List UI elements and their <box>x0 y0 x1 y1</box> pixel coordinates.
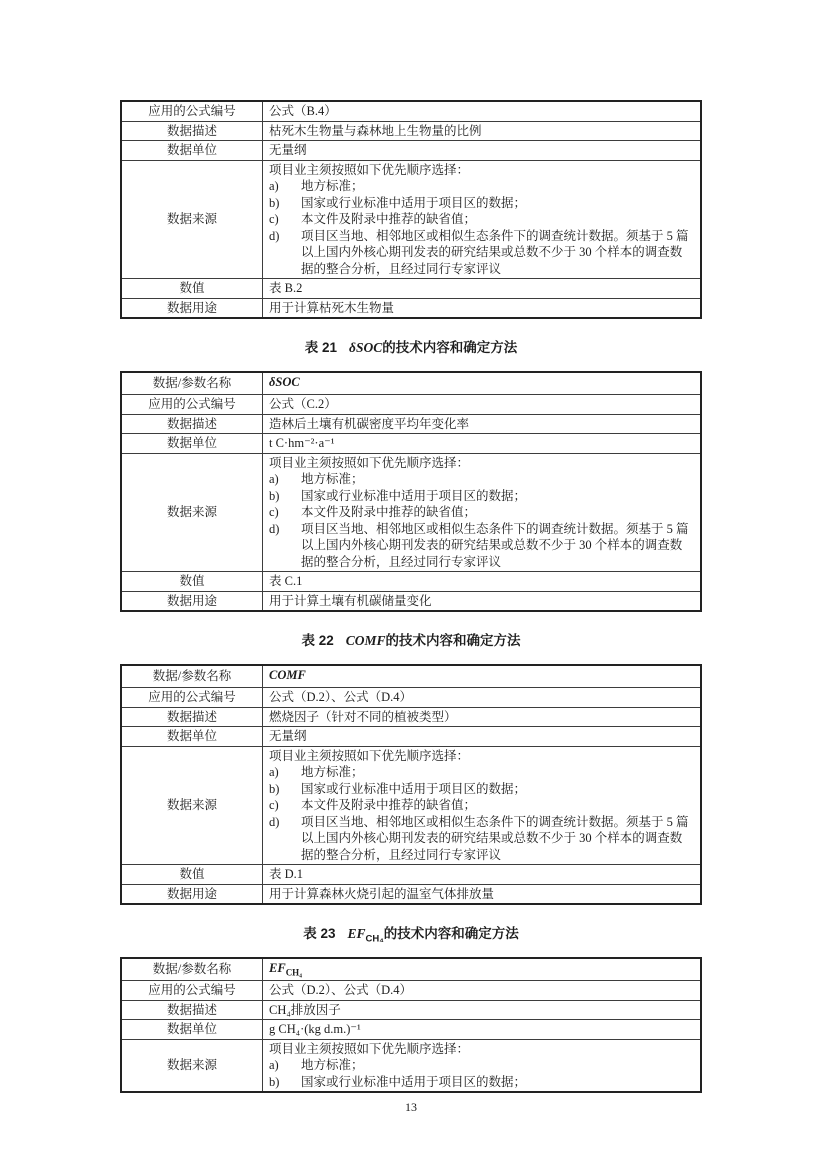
row-value: CH₄排放因子 <box>263 1000 702 1020</box>
item-marker: a) <box>269 178 301 195</box>
source-item: a)地方标准； <box>269 764 694 781</box>
table-row: 应用的公式编号 公式（D.2）、公式（D.4） <box>121 688 701 708</box>
source-item: d)项目区当地、相邻地区或相似生态条件下的调查统计数据。须基于 5 篇以上国内外… <box>269 228 694 278</box>
table-row: 数据描述 枯死木生物量与森林地上生物量的比例 <box>121 121 701 141</box>
param-table-22-comf: 数据/参数名称 COMF 应用的公式编号 公式（D.2）、公式（D.4） 数据描… <box>120 664 702 905</box>
row-label: 数值 <box>121 279 263 299</box>
row-label: 数据来源 <box>121 453 263 572</box>
source-item: c)本文件及附录中推荐的缺省值； <box>269 797 694 814</box>
source-intro: 项目业主须按照如下优先顺序选择： <box>269 455 694 472</box>
param-table-23-efch4: 数据/参数名称 EFCH₄ 应用的公式编号 公式（D.2）、公式（D.4） 数据… <box>120 957 702 1093</box>
row-value: 用于计算森林火烧引起的温室气体排放量 <box>263 884 702 904</box>
row-label: 数据用途 <box>121 298 263 318</box>
item-marker: d) <box>269 521 301 571</box>
table-row: 数据/参数名称 EFCH₄ <box>121 958 701 981</box>
item-text: 项目区当地、相邻地区或相似生态条件下的调查统计数据。须基于 5 篇以上国内外核心… <box>301 228 694 278</box>
row-label: 数据描述 <box>121 1000 263 1020</box>
row-value: 燃烧因子（针对不同的植被类型） <box>263 707 702 727</box>
item-text: 项目区当地、相邻地区或相似生态条件下的调查统计数据。须基于 5 篇以上国内外核心… <box>301 814 694 864</box>
row-value: t C·hm⁻²·a⁻¹ <box>263 434 702 454</box>
row-label: 数据用途 <box>121 591 263 611</box>
table-row: 数值 表 B.2 <box>121 279 701 299</box>
row-label: 数据/参数名称 <box>121 372 263 395</box>
title-param-sub: CH₄ <box>366 934 384 945</box>
table-row-data-source: 数据来源 项目业主须按照如下优先顺序选择： a)地方标准； b)国家或行业标准中… <box>121 1039 701 1092</box>
item-text: 国家或行业标准中适用于项目区的数据； <box>301 781 694 798</box>
source-item: b)国家或行业标准中适用于项目区的数据； <box>269 488 694 505</box>
table-row: 应用的公式编号 公式（B.4） <box>121 101 701 121</box>
row-label: 数据单位 <box>121 434 263 454</box>
item-marker: c) <box>269 504 301 521</box>
source-item: a)地方标准； <box>269 471 694 488</box>
item-marker: c) <box>269 211 301 228</box>
table-21-title: 表 21δSOC的技术内容和确定方法 <box>120 339 702 362</box>
table-23-title: 表 23EFCH₄的技术内容和确定方法 <box>120 925 702 948</box>
data-source-cell: 项目业主须按照如下优先顺序选择： a)地方标准； b)国家或行业标准中适用于项目… <box>263 160 702 279</box>
row-label: 数据来源 <box>121 746 263 865</box>
item-text: 项目区当地、相邻地区或相似生态条件下的调查统计数据。须基于 5 篇以上国内外核心… <box>301 521 694 571</box>
item-text: 国家或行业标准中适用于项目区的数据； <box>301 195 694 212</box>
source-intro: 项目业主须按照如下优先顺序选择： <box>269 748 694 765</box>
table-row-data-source: 数据来源 项目业主须按照如下优先顺序选择： a)地方标准； b)国家或行业标准中… <box>121 746 701 865</box>
param-name: δSOC <box>269 375 300 389</box>
item-marker: a) <box>269 1057 301 1074</box>
item-text: 本文件及附录中推荐的缺省值； <box>301 797 694 814</box>
row-label: 数值 <box>121 572 263 592</box>
row-label: 数据描述 <box>121 121 263 141</box>
title-suffix: 的技术内容和确定方法 <box>382 340 517 355</box>
param-table-continued: 应用的公式编号 公式（B.4） 数据描述 枯死木生物量与森林地上生物量的比例 数… <box>120 100 702 319</box>
param-name: COMF <box>269 668 306 682</box>
title-param: EF <box>348 926 366 941</box>
row-value: g CH₄·(kg d.m.)⁻¹ <box>263 1020 702 1040</box>
source-item: c)本文件及附录中推荐的缺省值； <box>269 504 694 521</box>
row-value: 造林后土壤有机碳密度平均年变化率 <box>263 414 702 434</box>
row-label: 数据描述 <box>121 707 263 727</box>
row-value: 表 D.1 <box>263 865 702 885</box>
table-row: 数据描述 造林后土壤有机碳密度平均年变化率 <box>121 414 701 434</box>
row-label: 数据单位 <box>121 1020 263 1040</box>
row-label: 应用的公式编号 <box>121 981 263 1001</box>
row-label: 数值 <box>121 865 263 885</box>
table-row-data-source: 数据来源 项目业主须按照如下优先顺序选择： a)地方标准； b)国家或行业标准中… <box>121 453 701 572</box>
page-content: 应用的公式编号 公式（B.4） 数据描述 枯死木生物量与森林地上生物量的比例 数… <box>120 100 702 1115</box>
page-number: 13 <box>120 1100 702 1115</box>
table-row: 数据用途 用于计算森林火烧引起的温室气体排放量 <box>121 884 701 904</box>
table-22-title: 表 22COMF的技术内容和确定方法 <box>120 632 702 655</box>
data-source-cell: 项目业主须按照如下优先顺序选择： a)地方标准； b)国家或行业标准中适用于项目… <box>263 1039 702 1092</box>
row-value: 无量纲 <box>263 727 702 747</box>
row-label: 数据描述 <box>121 414 263 434</box>
param-name-sub: CH₄ <box>286 967 302 977</box>
item-marker: b) <box>269 195 301 212</box>
row-label: 数据来源 <box>121 1039 263 1092</box>
table-row: 应用的公式编号 公式（D.2）、公式（D.4） <box>121 981 701 1001</box>
param-name-cell: COMF <box>263 665 702 688</box>
table-row: 数据/参数名称 COMF <box>121 665 701 688</box>
row-value: 公式（B.4） <box>263 101 702 121</box>
row-label: 数据单位 <box>121 141 263 161</box>
table-row: 数据描述 CH₄排放因子 <box>121 1000 701 1020</box>
row-value: 枯死木生物量与森林地上生物量的比例 <box>263 121 702 141</box>
data-source-cell: 项目业主须按照如下优先顺序选择： a)地方标准； b)国家或行业标准中适用于项目… <box>263 746 702 865</box>
source-item: b)国家或行业标准中适用于项目区的数据； <box>269 1074 694 1091</box>
table-row: 数据单位 无量纲 <box>121 727 701 747</box>
table-row: 数据描述 燃烧因子（针对不同的植被类型） <box>121 707 701 727</box>
row-label: 数据/参数名称 <box>121 665 263 688</box>
item-text: 地方标准； <box>301 178 694 195</box>
source-item: d)项目区当地、相邻地区或相似生态条件下的调查统计数据。须基于 5 篇以上国内外… <box>269 521 694 571</box>
source-item: c)本文件及附录中推荐的缺省值； <box>269 211 694 228</box>
item-marker: d) <box>269 814 301 864</box>
param-name: EF <box>269 961 286 975</box>
item-marker: b) <box>269 488 301 505</box>
source-item: d)项目区当地、相邻地区或相似生态条件下的调查统计数据。须基于 5 篇以上国内外… <box>269 814 694 864</box>
item-text: 地方标准； <box>301 1057 694 1074</box>
item-marker: c) <box>269 797 301 814</box>
item-marker: b) <box>269 781 301 798</box>
source-item: b)国家或行业标准中适用于项目区的数据； <box>269 781 694 798</box>
title-prefix: 表 21 <box>305 340 337 355</box>
source-intro: 项目业主须按照如下优先顺序选择： <box>269 1041 694 1058</box>
table-row: 数据单位 t C·hm⁻²·a⁻¹ <box>121 434 701 454</box>
row-value: 用于计算土壤有机碳储量变化 <box>263 591 702 611</box>
table-row-data-source: 数据来源 项目业主须按照如下优先顺序选择： a)地方标准； b)国家或行业标准中… <box>121 160 701 279</box>
row-value: 表 B.2 <box>263 279 702 299</box>
table-row: 数据用途 用于计算枯死木生物量 <box>121 298 701 318</box>
item-marker: a) <box>269 764 301 781</box>
title-suffix: 的技术内容和确定方法 <box>384 926 519 941</box>
source-intro: 项目业主须按照如下优先顺序选择： <box>269 162 694 179</box>
param-name-cell: δSOC <box>263 372 702 395</box>
table-row: 数据单位 g CH₄·(kg d.m.)⁻¹ <box>121 1020 701 1040</box>
title-param: COMF <box>346 633 386 648</box>
row-label: 应用的公式编号 <box>121 688 263 708</box>
item-marker: d) <box>269 228 301 278</box>
document-page: 应用的公式编号 公式（B.4） 数据描述 枯死木生物量与森林地上生物量的比例 数… <box>0 0 826 1169</box>
item-marker: b) <box>269 1074 301 1091</box>
item-text: 国家或行业标准中适用于项目区的数据； <box>301 1074 694 1091</box>
source-item: b)国家或行业标准中适用于项目区的数据； <box>269 195 694 212</box>
data-source-cell: 项目业主须按照如下优先顺序选择： a)地方标准； b)国家或行业标准中适用于项目… <box>263 453 702 572</box>
row-value: 公式（D.2）、公式（D.4） <box>263 688 702 708</box>
item-marker: a) <box>269 471 301 488</box>
title-param: δSOC <box>349 340 382 355</box>
source-item: a)地方标准； <box>269 1057 694 1074</box>
table-row: 数值 表 C.1 <box>121 572 701 592</box>
title-suffix: 的技术内容和确定方法 <box>386 633 521 648</box>
table-row: 应用的公式编号 公式（C.2） <box>121 395 701 415</box>
item-text: 本文件及附录中推荐的缺省值； <box>301 211 694 228</box>
row-label: 数据用途 <box>121 884 263 904</box>
row-value: 用于计算枯死木生物量 <box>263 298 702 318</box>
item-text: 地方标准； <box>301 764 694 781</box>
title-prefix: 表 23 <box>303 926 335 941</box>
param-table-21-dsoc: 数据/参数名称 δSOC 应用的公式编号 公式（C.2） 数据描述 造林后土壤有… <box>120 371 702 612</box>
table-row: 数据单位 无量纲 <box>121 141 701 161</box>
table-row: 数据/参数名称 δSOC <box>121 372 701 395</box>
row-value: 公式（C.2） <box>263 395 702 415</box>
param-name-cell: EFCH₄ <box>263 958 702 981</box>
source-item: a)地方标准； <box>269 178 694 195</box>
item-text: 本文件及附录中推荐的缺省值； <box>301 504 694 521</box>
row-value: 无量纲 <box>263 141 702 161</box>
row-label: 数据/参数名称 <box>121 958 263 981</box>
item-text: 国家或行业标准中适用于项目区的数据； <box>301 488 694 505</box>
item-text: 地方标准； <box>301 471 694 488</box>
row-label: 数据单位 <box>121 727 263 747</box>
row-value: 表 C.1 <box>263 572 702 592</box>
title-prefix: 表 22 <box>301 633 333 648</box>
row-label: 应用的公式编号 <box>121 395 263 415</box>
row-value: 公式（D.2）、公式（D.4） <box>263 981 702 1001</box>
table-row: 数值 表 D.1 <box>121 865 701 885</box>
row-label: 应用的公式编号 <box>121 101 263 121</box>
table-row: 数据用途 用于计算土壤有机碳储量变化 <box>121 591 701 611</box>
row-label: 数据来源 <box>121 160 263 279</box>
